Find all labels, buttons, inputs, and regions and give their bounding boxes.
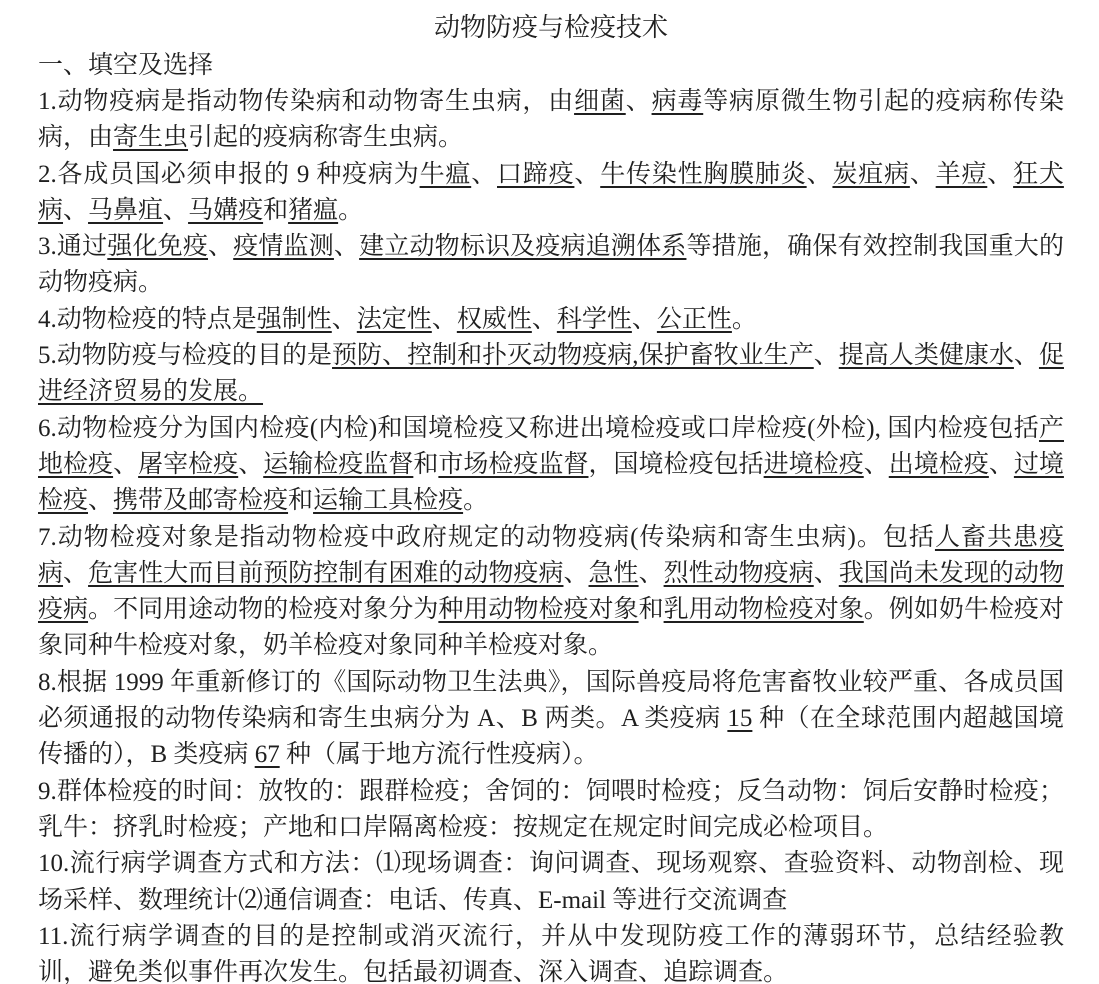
question-text: 。: [463, 487, 488, 514]
answer-underlined-text: 危害性大而目前预防控制有困难的动物疫病: [88, 560, 563, 587]
question-text: 、: [471, 161, 497, 188]
question-text: 、: [63, 560, 88, 587]
question-text: 、: [88, 487, 113, 514]
question-text: ，国境检疫包括: [589, 451, 764, 478]
question-text: 、: [334, 233, 359, 260]
answer-underlined-text: 疫情监测: [233, 233, 334, 260]
answer-underlined-text: 烈性动物疫病: [664, 560, 814, 587]
question-text: 、: [432, 306, 457, 333]
answer-underlined-text: 种用动物检疫对象: [438, 596, 638, 623]
question-text: 和: [288, 487, 313, 514]
question-text: 引起的疫病称寄生虫病。: [188, 124, 463, 151]
answer-underlined-text: 进境检疫: [764, 451, 864, 478]
answer-underlined-text: 寄生虫: [113, 124, 188, 151]
question-item: 3.通过强化免疫、疫情监测、建立动物标识及疫病追溯体系等措施，确保有效控制我国重…: [38, 229, 1064, 302]
question-text: 。: [338, 197, 363, 224]
question-text: 、: [574, 161, 600, 188]
answer-underlined-text: 强制性: [257, 306, 332, 333]
answer-underlined-text: 乳用动物检疫对象: [664, 596, 864, 623]
answer-underlined-text: 口蹄疫: [497, 161, 574, 188]
question-text: 和: [263, 197, 288, 224]
answer-underlined-text: 市场检疫监督: [438, 451, 588, 478]
question-text: 、: [989, 451, 1014, 478]
question-text: 1.动物疫病是指动物传染病和动物寄生虫病，由: [38, 88, 574, 115]
question-item: 7.动物检疫对象是指动物检疫中政府规定的动物疫病(传染病和寄生虫病)。包括人畜共…: [38, 520, 1064, 665]
question-text: 、: [987, 161, 1013, 188]
question-item: 8.根据 1999 年重新修订的《国际动物卫生法典》，国际兽疫局将危害畜牧业较严…: [38, 665, 1064, 774]
answer-underlined-text: 运输工具检疫: [313, 487, 463, 514]
question-text: 、: [632, 306, 657, 333]
document-page: 动物防疫与检疫技术 一、填空及选择 1.动物疫病是指动物传染病和动物寄生虫病，由…: [0, 0, 1099, 984]
question-text: 、: [532, 306, 557, 333]
question-text: 、: [332, 306, 357, 333]
question-text: 。: [732, 306, 757, 333]
question-text: 3.通过: [38, 233, 107, 260]
question-text: 种（属于地方流行性疫病）。: [280, 741, 599, 768]
question-text: 、: [626, 88, 652, 115]
document-title: 动物防疫与检疫技术: [38, 9, 1064, 46]
answer-underlined-text: 15: [727, 705, 752, 732]
question-text: 4.动物检疫的特点是: [38, 306, 257, 333]
question-text: 、: [864, 451, 889, 478]
answer-underlined-text: 牛瘟: [420, 161, 472, 188]
answer-underlined-text: 最初调查: [413, 959, 513, 984]
question-item: 4.动物检疫的特点是强制性、法定性、权威性、科学性、公正性。: [38, 302, 1064, 338]
question-text: 、: [238, 451, 263, 478]
answer-underlined-text: 猪瘟: [288, 197, 338, 224]
question-text: 10.流行病学调查方式和方法：⑴现场调查：询问调查、现场观察、查验资料、动物剖检…: [38, 850, 1064, 913]
question-item: 5.动物防疫与检疫的目的是预防、控制和扑灭动物疫病,保护畜牧业生产、提高人类健康…: [38, 338, 1064, 411]
answer-underlined-text: 科学性: [557, 306, 632, 333]
question-text: 、: [563, 560, 588, 587]
question-text: 6.动物检疫分为国内检疫(内检)和国境检疫又称进出境检疫或口岸检疫(外检), 国…: [38, 415, 1039, 442]
question-item: 11.流行病学调查的目的是控制或消灭流行，并从中发现防疫工作的薄弱环节，总结经验…: [38, 919, 1064, 984]
question-text: 5.动物防疫与检疫的目的是: [38, 342, 332, 369]
question-item: 1.动物疫病是指动物传染病和动物寄生虫病，由细菌、病毒等病原微生物引起的疫病称传…: [38, 84, 1064, 157]
question-item: 2.各成员国必须申报的 9 种疫病为牛瘟、口蹄疫、牛传染性胸膜肺炎、炭疽病、羊痘…: [38, 157, 1064, 230]
question-text: 、: [163, 197, 188, 224]
answer-underlined-text: 强化免疫: [107, 233, 208, 260]
question-text: 和: [413, 451, 438, 478]
question-text: 、: [208, 233, 233, 260]
question-list: 1.动物疫病是指动物传染病和动物寄生虫病，由细菌、病毒等病原微生物引起的疫病称传…: [38, 84, 1064, 984]
answer-underlined-text: 炭疽病: [832, 161, 909, 188]
question-text: 7.动物检疫对象是指动物检疫中政府规定的动物疫病(传染病和寄生虫病)。包括: [38, 524, 935, 551]
answer-underlined-text: 追踪调查: [663, 959, 763, 984]
answer-underlined-text: 牛传染性胸膜肺炎: [600, 161, 806, 188]
answer-underlined-text: 急性: [589, 560, 639, 587]
question-item: 10.流行病学调查方式和方法：⑴现场调查：询问调查、现场观察、查验资料、动物剖检…: [38, 846, 1064, 919]
answer-underlined-text: 67: [255, 741, 280, 768]
section-heading: 一、填空及选择: [38, 48, 1064, 84]
answer-underlined-text: 提高人类健康水: [839, 342, 1014, 369]
question-item: 6.动物检疫分为国内检疫(内检)和国境检疫又称进出境检疫或口岸检疫(外检), 国…: [38, 411, 1064, 520]
question-text: 、: [807, 161, 833, 188]
answer-underlined-text: 马鼻疽: [88, 197, 163, 224]
question-text: 、: [113, 451, 138, 478]
question-text: 、: [638, 959, 663, 984]
question-text: 、: [513, 959, 538, 984]
answer-underlined-text: 运输检疫监督: [263, 451, 413, 478]
answer-underlined-text: 病毒: [652, 88, 704, 115]
answer-underlined-text: 屠宰检疫: [138, 451, 238, 478]
question-text: 。: [763, 959, 788, 984]
question-text: 9.群体检疫的时间：放牧的：跟群检疫；舍饲的：饲喂时检疫；反刍动物：饲后安静时检…: [38, 778, 1064, 841]
answer-underlined-text: 出境检疫: [889, 451, 989, 478]
question-text: 、: [63, 197, 88, 224]
answer-underlined-text: 携带及邮寄检疫: [113, 487, 288, 514]
question-text: 、: [1014, 342, 1039, 369]
answer-underlined-text: 法定性: [357, 306, 432, 333]
answer-underlined-text: 建立动物标识及疫病追溯体系: [359, 233, 686, 260]
question-text: 、: [639, 560, 664, 587]
answer-underlined-text: 公正性: [657, 306, 732, 333]
answer-underlined-text: 细菌: [574, 88, 626, 115]
answer-underlined-text: 深入调查: [538, 959, 638, 984]
question-text: 2.各成员国必须申报的 9 种疫病为: [38, 161, 420, 188]
question-text: 、: [814, 560, 839, 587]
answer-underlined-text: 羊痘: [936, 161, 988, 188]
answer-underlined-text: 权威性: [457, 306, 532, 333]
question-text: 和: [639, 596, 664, 623]
question-item: 9.群体检疫的时间：放牧的：跟群检疫；舍饲的：饲喂时检疫；反刍动物：饲后安静时检…: [38, 774, 1064, 847]
answer-underlined-text: 预防、控制和扑灭动物疫病,保护畜牧业生产: [332, 342, 814, 369]
question-text: 、: [910, 161, 936, 188]
question-text: 。不同用途动物的检疫对象分为: [88, 596, 438, 623]
question-text: 、: [814, 342, 839, 369]
answer-underlined-text: 马媾疫: [188, 197, 263, 224]
